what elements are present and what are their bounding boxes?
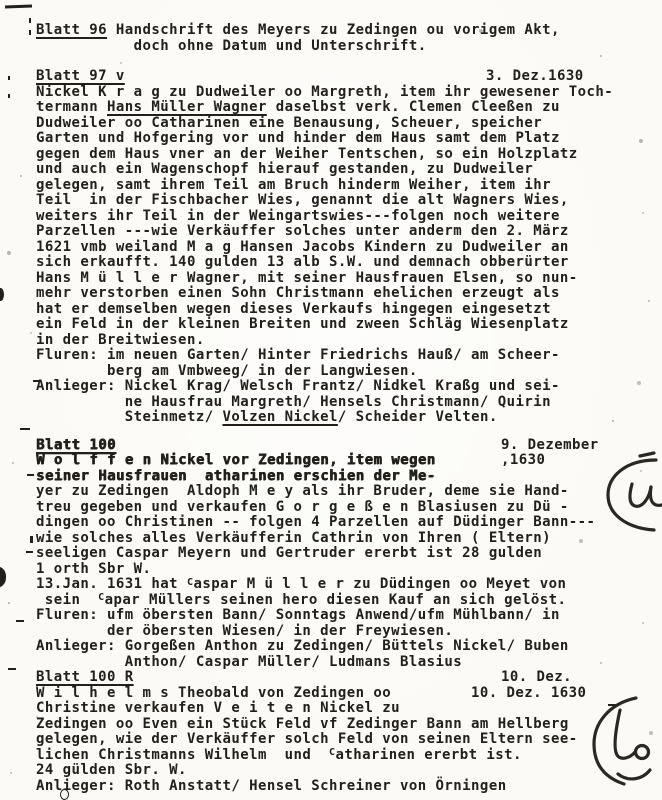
text-segment: dingen oo Christinen -- folgen 4 Parzell…: [36, 514, 595, 530]
text-line: 1621 vmb weiland M a g Hansen Jacobs Kin…: [36, 240, 662, 256]
scan-artifact: [60, 789, 69, 800]
text-segment: aspar M ü l l e r zu Düdingen oo Meyet v…: [193, 576, 566, 592]
handwritten-circle-mark-icon: [584, 692, 662, 786]
text-segment: ne Hausfrau Margreth/ Hensels Christmann…: [36, 394, 551, 410]
text-line: hat er demselben wegen dieses Verkaufs h…: [36, 302, 662, 318]
text-segment: seeligen Caspar Meyern und Gertruder ere…: [36, 545, 542, 561]
entry-date: 9. Dezember: [501, 438, 599, 454]
underlined-text: Hans Müller Wagner: [107, 99, 267, 115]
text-line: dingen oo Christinen -- folgen 4 Parzell…: [36, 515, 662, 531]
scan-artifact: [30, 536, 33, 543]
text-segment: termann: [36, 99, 107, 115]
text-segment: 1621 vmb weiland M a g Hansen Jacobs Kin…: [36, 239, 569, 255]
entry-blatt-100: Blatt 1009. DezemberW o l f f e n Nickel…: [36, 438, 662, 671]
text-line: weiters ihr Teil in der Weingartswies---…: [36, 209, 662, 225]
text-line: lichen Christmanns Wilhelm und Catharine…: [36, 748, 662, 764]
scan-artifact: [27, 474, 34, 476]
text-segment: gegen dem Haus vner an der Weiher Tentsc…: [36, 146, 578, 162]
underlined-text: Blatt 100 R: [36, 669, 134, 685]
text-line: gegen dem Haus vner an der Weiher Tentsc…: [36, 147, 662, 163]
text-segment: Steinmetz/: [36, 409, 222, 425]
text-line: Anthon/ Caspar Müller/ Ludmans Blasius: [36, 655, 662, 671]
document-scan-page: Blatt 96 Handschrift des Meyers zu Zedin…: [0, 0, 662, 800]
text-segment: Fluren: ufm öbersten Bann/ Sonntags Anwe…: [36, 607, 560, 623]
text-segment: weiters ihr Teil in der Weingartswies---…: [36, 208, 560, 224]
text-line: Fluren: ufm öbersten Bann/ Sonntags Anwe…: [36, 608, 662, 624]
text-segment: ein Feld in der kleinen Breiten und zwee…: [36, 316, 569, 332]
text-segment: in der Breitwiesen.: [36, 332, 205, 348]
text-segment: mehr verstorben einen Sohn Christmann eh…: [36, 285, 560, 301]
text-segment: 1 orth Sbr W.: [36, 561, 151, 577]
text-line: Anlieger: Roth Anstatt/ Hensel Schreiner…: [36, 779, 662, 795]
text-line: Fluren: im neuen Garten/ Hinter Friedric…: [36, 348, 662, 364]
text-segment: Christine verkaufen V e i t e n Nickel z…: [36, 700, 400, 716]
text-segment: sein: [36, 592, 98, 608]
text-line: Garten und Hofgering vor und hinder dem …: [36, 131, 662, 147]
handwritten-circle-mark-icon: [596, 450, 662, 536]
text-line: 24 gülden Sbr. W.: [36, 763, 662, 779]
entry-blatt-100r: Blatt 100 R10. Dez.W i l h e l m s Theob…: [36, 670, 662, 794]
text-segment: Anlieger: Roth Anstatt/ Hensel Schreiner…: [36, 778, 507, 794]
entry-date: 10. Dez.: [501, 670, 572, 686]
text-line: berg am Vmbweeg/ in der Langwiesen.: [36, 364, 662, 380]
text-segment: Garten und Hofgering vor und hinder dem …: [36, 130, 560, 146]
text-segment: atharinen ererbt ist.: [335, 747, 521, 763]
text-line: Blatt 1009. Dezember: [36, 438, 662, 454]
text-line: Steinmetz/ Volzen Nickel/ Scheider Velte…: [36, 410, 662, 426]
text-segment: wie solches alles Verkäufferin Cathrin v…: [36, 530, 551, 546]
text-segment: W i l h e l m s Theobald von Zedingen oo: [36, 685, 391, 701]
text-line: seeligen Caspar Meyern und Gertruder ere…: [36, 546, 662, 562]
text-line: Blatt 97 v3. Dez.1630: [36, 69, 662, 85]
scan-artifact: [5, 5, 32, 9]
text-segment: W o l f f e n Nickel vor Zedingen, item …: [36, 452, 436, 468]
text-line: W o l f f e n Nickel vor Zedingen, item …: [36, 453, 662, 469]
text-segment: Parzellen ---wie Verkäuffer solches unte…: [36, 223, 569, 239]
text-segment: C: [187, 577, 193, 588]
text-segment: lichen Christmanns Wilhelm und: [36, 747, 329, 763]
scan-artifact: [0, 566, 6, 588]
text-segment: Anthon/ Caspar Müller/ Ludmans Blasius: [36, 654, 462, 670]
text-line: seiner Hausfrauen atharinen erschien der…: [36, 469, 662, 485]
text-segment: treu gegeben und verkaufen G o r g e ß e…: [36, 499, 569, 515]
text-segment: C: [329, 747, 335, 758]
underlined-text: Blatt 96: [36, 22, 107, 38]
text-line: Anlieger: Nickel Krag/ Welsch Frantz/ Ni…: [36, 379, 662, 395]
text-line: W i l h e l m s Theobald von Zedingen oo…: [36, 686, 662, 702]
text-segment: berg am Vmbweeg/ in der Langwiesen.: [36, 363, 418, 379]
text-line: 1 orth Sbr W.: [36, 562, 662, 578]
text-segment: hat er demselben wegen dieses Verkaufs h…: [36, 301, 551, 317]
text-line: Nickel K r a g zu Dudweiler oo Margreth,…: [36, 85, 662, 101]
text-line: in der Breitwiesen.: [36, 333, 662, 349]
text-line: termann Hans Müller Wagner daselbst verk…: [36, 100, 662, 116]
underlined-text: Blatt 97 v: [36, 68, 125, 84]
text-line: Dudweiler oo Catharinen eine Benausung, …: [36, 116, 662, 132]
text-line: Blatt 100 R10. Dez.: [36, 670, 662, 686]
entry-blatt-96: Blatt 96 Handschrift des Meyers zu Zedin…: [36, 23, 662, 54]
scan-noise: [0, 0, 2, 2]
text-line: Zedingen oo Even ein Stück Feld vf Zedin…: [36, 717, 662, 733]
text-segment: gelegen, samt ihrem Teil am Bruch hinder…: [36, 177, 551, 193]
text-line: Parzellen ---wie Verkäuffer solches unte…: [36, 224, 662, 240]
underlined-text: Volzen Nickel: [222, 409, 337, 425]
text-segment: apar Müllers seinen hero diesen Kauf an …: [105, 592, 567, 608]
scan-artifact: [26, 551, 33, 553]
text-line: und auch ein Wagenschopf hierauf gestand…: [36, 162, 662, 178]
text-line: Blatt 96 Handschrift des Meyers zu Zedin…: [36, 23, 662, 39]
scan-artifact: [0, 288, 4, 301]
text-segment: Hans M ü l l e r Wagner, mit seiner Haus…: [36, 270, 578, 286]
text-line: Anlieger: Gorgeßen Anthon zu Zedingen/ B…: [36, 639, 662, 655]
text-line: gelegen, wie der Verkäuffer solch Feld v…: [36, 732, 662, 748]
text-line: ne Hausfrau Margreth/ Hensels Christmann…: [36, 395, 662, 411]
scan-artifact: [16, 620, 24, 622]
text-segment: Zedingen oo Even ein Stück Feld vf Zedin…: [36, 716, 569, 732]
underlined-text: Blatt 100: [36, 437, 116, 453]
text-segment: Nickel K r a g zu Dudweiler oo Margreth,…: [36, 84, 613, 100]
scan-artifact: [20, 428, 30, 430]
text-segment: / Scheider Velten.: [338, 409, 498, 425]
document-text: Blatt 96 Handschrift des Meyers zu Zedin…: [36, 23, 662, 794]
text-segment: sich erkaufft. 140 gulden 13 alb S.W. un…: [36, 254, 569, 270]
text-line: gelegen, samt ihrem Teil am Bruch hinder…: [36, 178, 662, 194]
text-line: sein Capar Müllers seinen hero diesen Ka…: [36, 593, 662, 609]
text-segment: Anlieger: Gorgeßen Anthon zu Zedingen/ B…: [36, 638, 569, 654]
text-line: ein Feld in der kleinen Breiten und zwee…: [36, 317, 662, 333]
entry-date: ,1630: [501, 453, 545, 469]
text-segment: yer zu Zedingen Aldoph M e y als ihr Bru…: [36, 483, 569, 499]
text-segment: gelegen, wie der Verkäuffer solch Feld v…: [36, 731, 578, 747]
text-line: treu gegeben und verkaufen G o r g e ß e…: [36, 500, 662, 516]
text-line: sich erkaufft. 140 gulden 13 alb S.W. un…: [36, 255, 662, 271]
text-segment: 13.Jan. 1631 hat: [36, 576, 187, 592]
text-line: Hans M ü l l e r Wagner, mit seiner Haus…: [36, 271, 662, 287]
text-line: doch ohne Datum und Unterschrift.: [36, 39, 662, 55]
text-segment: Anlieger: Nickel Krag/ Welsch Frantz/ Ni…: [36, 378, 560, 394]
text-segment: Fluren: im neuen Garten/ Hinter Friedric…: [36, 347, 560, 363]
scan-artifact: [29, 18, 31, 23]
text-segment: und auch ein Wagenschopf hierauf gestand…: [36, 161, 533, 177]
entry-date: 10. Dez. 1630: [471, 686, 586, 702]
text-segment: seiner Hausfrauen atharinen erschien der…: [36, 468, 436, 484]
scan-artifact: [33, 380, 41, 382]
text-segment: Dudweiler oo Catharinen eine Benausung, …: [36, 115, 542, 131]
text-segment: C: [98, 592, 104, 603]
text-segment: Handschrift des Meyers zu Zedingen ou vo…: [107, 22, 560, 38]
scan-artifact: [8, 76, 10, 80]
text-line: der öbersten Wiesen/ in der Freywiesen.: [36, 624, 662, 640]
text-segment: doch ohne Datum und Unterschrift.: [36, 38, 427, 54]
text-segment: Teil in der Fischbacher Wies, genannt di…: [36, 192, 569, 208]
text-line: 13.Jan. 1631 hat Caspar M ü l l e r zu D…: [36, 577, 662, 593]
text-line: wie solches alles Verkäufferin Cathrin v…: [36, 531, 662, 547]
text-line: mehr verstorben einen Sohn Christmann eh…: [36, 286, 662, 302]
text-line: yer zu Zedingen Aldoph M e y als ihr Bru…: [36, 484, 662, 500]
scan-artifact: [8, 668, 16, 670]
entry-blatt-97v: Blatt 97 v3. Dez.1630Nickel K r a g zu D…: [36, 69, 662, 426]
text-line: Christine verkaufen V e i t e n Nickel z…: [36, 701, 662, 717]
text-segment: daselbst verk. Clemen Cleeßen zu: [267, 99, 560, 115]
text-line: Teil in der Fischbacher Wies, genannt di…: [36, 193, 662, 209]
entry-date: 3. Dez.1630: [486, 69, 584, 85]
text-segment: der öbersten Wiesen/ in der Freywiesen.: [36, 623, 453, 639]
text-segment: 24 gülden Sbr. W.: [36, 762, 187, 778]
